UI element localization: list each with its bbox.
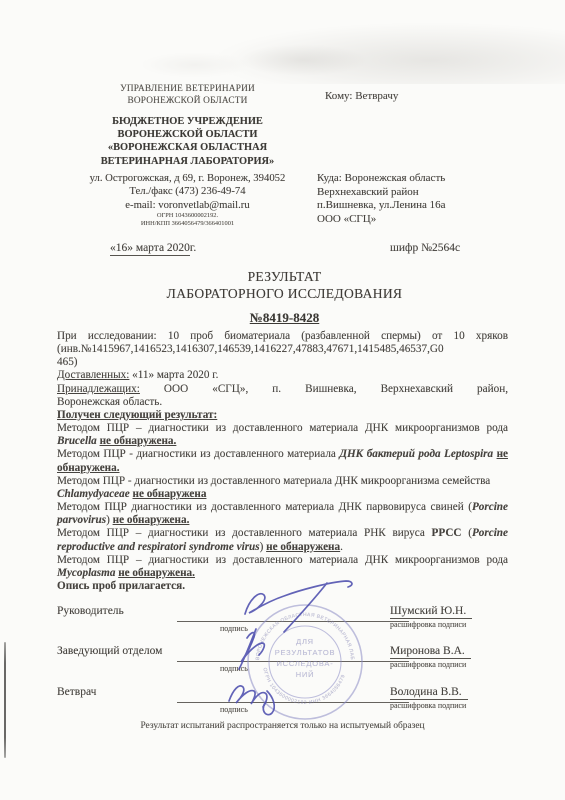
body-line: Воронежская область. [57, 396, 508, 409]
destination-line: ООО «СГЦ» [317, 213, 446, 227]
body-line: Методом ПЦР - диагностики из доставленно… [57, 475, 508, 488]
body-line: обнаружена. [57, 462, 508, 475]
body-line: reproductive and respiratori syndrome vi… [57, 541, 508, 554]
signature-caption: подпись [220, 664, 248, 673]
signature-row: Заведующий отделом подпись Миронова В.А.… [57, 645, 508, 681]
scan-artifact-smudge [140, 52, 250, 78]
destination-block: Куда: Воронежская область Верхнехавский … [317, 172, 446, 226]
address-line: Тел./факс (473) 236-49-74 [60, 185, 315, 198]
text-segment: . [340, 541, 343, 553]
document-number-text: №8419-8428 [250, 310, 319, 325]
text-segment: Воронежская область. [57, 396, 162, 408]
signature-name-caption: расшифровка подписи [390, 620, 466, 629]
text-segment: Mycoplasma [57, 567, 118, 579]
date-underlined: «16» марта 2020 [110, 242, 190, 256]
text-segment: Получен следующий результат: [57, 409, 217, 421]
text-segment: не обнаружена. [100, 435, 177, 447]
destination-line: Верхнехавский район [317, 186, 446, 200]
ogrn-line: ОГРН 1043600002192. [60, 212, 315, 220]
department-line: УПРАВЛЕНИЕ ВЕТЕРИНАРИИ [75, 84, 300, 96]
signature-caption: подпись [220, 705, 248, 714]
body-line: Методом ПЦР – диагностики из доставленно… [57, 422, 508, 435]
text-segment: При исследовании: 10 проб биоматериала (… [57, 330, 508, 342]
body-line: Методом ПЦР – диагностики из доставленно… [57, 554, 508, 567]
signatory-name: Миронова В.А. [390, 645, 471, 659]
text-segment: reproductive and respiratori syndrome vi… [57, 541, 260, 553]
signature-row: Ветврач подпись Володина В.В. расшифровк… [57, 686, 508, 722]
text-segment: РРСС [432, 527, 462, 539]
text-segment: Методом ПЦР – диагностики из доставленно… [57, 422, 508, 434]
signatory-name: Шумский Ю.Н. [390, 605, 472, 619]
document-number: №8419-8428 [57, 310, 512, 326]
scan-artifact-smudge [238, 44, 368, 76]
signature-row: Руководитель подпись Шумский Ю.Н. расшиф… [57, 605, 508, 641]
signature-line [177, 661, 409, 662]
text-segment: не обнаружена [266, 541, 340, 553]
body-line: Chlamydyaceae не обнаружена [57, 488, 508, 501]
text-segment: ДНК бактерий рода Leptospira [339, 448, 496, 460]
footer-note: Результат испытаний распространяется тол… [0, 721, 565, 731]
text-segment: Методом ПЦР диагностики из доставленного… [57, 501, 472, 513]
text-segment: 465) [57, 356, 78, 368]
text-segment: Porcine [472, 527, 508, 539]
body-line: Доставленных: «11» марта 2020 г. [57, 369, 508, 382]
body-line: Методом ПЦР - диагностики из доставленно… [57, 448, 508, 461]
text-segment: (инв.№1415967,1416523,1416307,146539,141… [57, 343, 444, 355]
innkpp-line: ИНН/КПП 3664056479/366401001 [60, 220, 315, 228]
body-lines: При исследовании: 10 проб биоматериала (… [57, 330, 508, 593]
signature-name-caption: расшифровка подписи [390, 701, 466, 710]
body-line: (инв.№1415967,1416523,1416307,146539,141… [57, 343, 508, 356]
body-line: Принадлежащих: ООО «СГЦ», п. Вишневка, В… [57, 383, 508, 396]
org-name-line: ВЕТЕРИНАРНАЯ ЛАБОРАТОРИЯ» [60, 155, 315, 168]
text-segment: Методом ПЦР – диагностики из доставленно… [57, 527, 432, 539]
signature-line [177, 621, 409, 622]
body-line: Методом ПЦР – диагностики из доставленно… [57, 527, 508, 540]
body-line: Mycoplasma не обнаружена. [57, 567, 508, 580]
text-segment: обнаружена. [57, 462, 120, 474]
signature-role-label: Ветврач [57, 686, 96, 698]
result-title-line1: РЕЗУЛЬТАТ [57, 269, 512, 285]
body-line: 465) [57, 356, 508, 369]
body-line: Методом ПЦР диагностики из доставленного… [57, 501, 508, 514]
body-line: При исследовании: 10 проб биоматериала (… [57, 330, 508, 343]
text-segment: ООО «СГЦ», п. Вишневка, Верхнехавский ра… [140, 383, 508, 395]
signature-role-label: Руководитель [57, 605, 124, 617]
destination-line: п.Вишневка, ул.Ленина 16а [317, 199, 446, 213]
body-line: parvovirus) не обнаружена. [57, 514, 508, 527]
signatory-name: Володина В.В. [390, 686, 468, 700]
result-title-line2: ЛАБОРАТОРНОГО ИССЛЕДОВАНИЯ [57, 286, 512, 302]
cipher-number: шифр №2564с [390, 242, 460, 254]
text-segment: Brucella [57, 435, 100, 447]
address-line: ул. Острогожская, д 69, г. Воронеж, 3940… [60, 172, 315, 185]
org-name-line: БЮДЖЕТНОЕ УЧРЕЖДЕНИЕ [60, 115, 315, 128]
text-segment: Porcine [472, 501, 508, 513]
date-suffix: г. [190, 242, 196, 254]
signature-name-caption: расшифровка подписи [390, 660, 466, 669]
text-segment: Методом ПЦР - диагностики из доставленно… [57, 448, 339, 460]
text-segment: не обнаружена [133, 488, 207, 500]
text-segment: Chlamydyaceae [57, 488, 133, 500]
body-line: Опись проб прилагается. [57, 580, 508, 593]
destination-line: Куда: Воронежская область [317, 172, 446, 186]
document-date: «16» марта 2020г. [110, 242, 196, 254]
text-segment: ( [462, 527, 472, 539]
text-segment: Методом ПЦР – диагностики из доставленно… [57, 554, 508, 566]
text-segment: Методом ПЦР - диагностики из доставленно… [57, 475, 490, 487]
text-segment: parvovirus [57, 514, 106, 526]
scanned-document-page: УПРАВЛЕНИЕ ВЕТЕРИНАРИИ ВОРОНЕЖСКОЙ ОБЛАС… [0, 0, 565, 800]
text-segment: «11» марта 2020 г. [129, 369, 218, 381]
to-label: Кому: Ветврачу [325, 90, 398, 102]
org-name-line: «ВОРОНЕЖСКАЯ ОБЛАСТНАЯ [60, 141, 315, 154]
organization-name: БЮДЖЕТНОЕ УЧРЕЖДЕНИЕ ВОРОНЕЖСКОЙ ОБЛАСТИ… [60, 115, 315, 168]
signature-caption: подпись [220, 624, 248, 633]
text-segment: не обнаружена. [113, 514, 190, 526]
department-line: ВОРОНЕЖСКОЙ ОБЛАСТИ [75, 96, 300, 108]
text-segment: Принадлежащих: [57, 383, 140, 395]
text-segment: Опись проб прилагается. [57, 580, 185, 592]
org-address-block: ул. Острогожская, д 69, г. Воронеж, 3940… [60, 172, 315, 228]
signature-line [177, 702, 409, 703]
scan-artifact-line [4, 642, 6, 758]
body-line: Brucella не обнаружена. [57, 435, 508, 448]
body-line: Получен следующий результат: [57, 409, 508, 422]
text-segment: не обнаружена. [118, 567, 195, 579]
department-name: УПРАВЛЕНИЕ ВЕТЕРИНАРИИ ВОРОНЕЖСКОЙ ОБЛАС… [75, 84, 300, 107]
text-segment: не [497, 448, 508, 460]
org-name-line: ВОРОНЕЖСКОЙ ОБЛАСТИ [60, 128, 315, 141]
signature-role-label: Заведующий отделом [57, 645, 162, 657]
address-line: e-mail: voronvetlab@mail.ru [60, 199, 315, 212]
text-segment: Доставленных: [57, 369, 129, 381]
